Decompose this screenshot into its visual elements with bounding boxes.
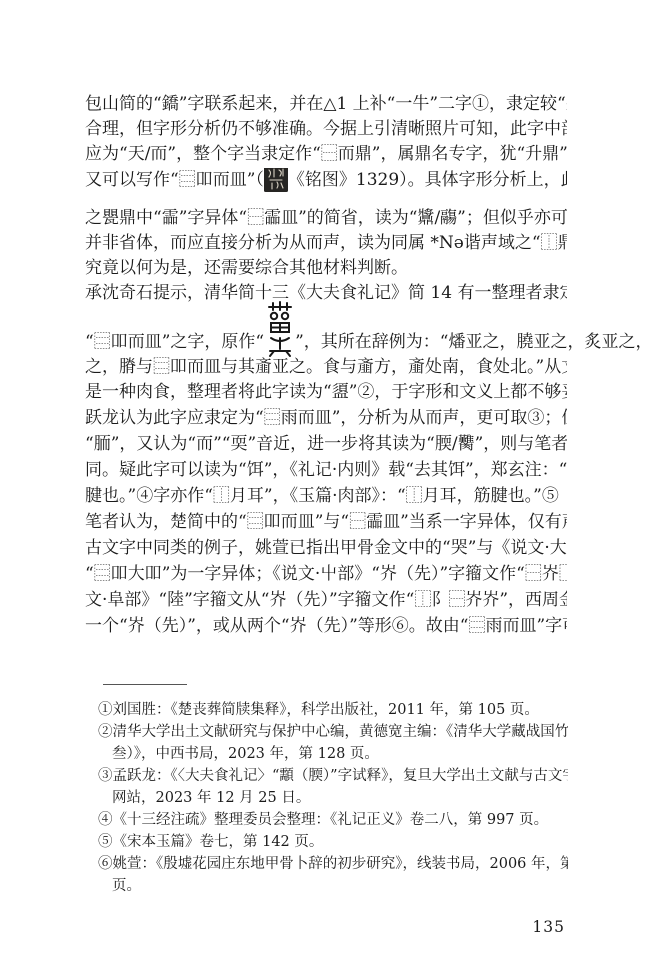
body-line: 究竟以何为是，还需要综合其他材料判断。 <box>85 256 567 281</box>
body-line: 腱也。”④字亦作“⿰月耳”，《玉篇·肉部》：“⿰月耳，筋腱也。”⑤ <box>85 484 567 509</box>
body-line: “胹”，又认为“而”“耎”音近，进一步将其读为“腝/臡”，则与笔者看法不 <box>85 432 567 457</box>
body-line: 之，膌与⿳吅而皿与其齑亚之。食与齑方，齑处南，食处北。”从文义上看“⿳吅而皿”应 <box>85 355 567 380</box>
body-line: 应为“天/而”，整个字当隶定作“⿱而鼎”，属鼎名专字，犹“升鼎”之专字“⿰升鼎” <box>85 142 567 167</box>
body-line-text: 《铭图》1329）。具体字形分析上，此字可以视为竞 <box>288 170 567 190</box>
footnote-line: ②清华大学出土文献研究与保护中心编，黄德宽主编：《清华大学藏战国竹简（拾 <box>98 722 568 743</box>
body-line: 包山简的“鐈”字联系起来，并在△1 上补“一牛”二字①，隶定较“盇”更 <box>85 92 567 117</box>
footnote-line: ⑤《宋本玉篇》卷七，第 142 页。 <box>98 832 568 853</box>
body-line: 承沈奇石提示，清华简十三《大夫食礼记》简 14 有一整理者隶定为 <box>85 281 567 306</box>
manuscript-character-glyph-image <box>264 332 295 354</box>
footnote-line: 叁）》，中西书局，2023 年，第 128 页。 <box>112 744 568 765</box>
footnote-line: 网站，2023 年 12 月 25 日。 <box>112 788 568 809</box>
body-line: 一个“岕（先）”，或从两个“岕（先）”等形⑥。故由“⿳雨而皿”字可以推知，望山 <box>85 614 567 639</box>
body-line: “⿳吅而皿”之字，原作“”，其所在辞例为：“燔亚之，膮亚之，炙亚之，熬亚 <box>85 330 567 355</box>
footnote-line: 页。 <box>112 876 568 897</box>
document-page: 包山简的“鐈”字联系起来，并在△1 上补“一牛”二字①，隶定较“盇”更 合理，但… <box>0 0 650 973</box>
body-line: “⿳吅大吅”为一字异体；《说文·屮部》“岕（先）”字籀文作“⿱岕⿰岕岕”，“从三… <box>85 562 567 587</box>
body-line-text: 又可以写作“⿳吅而皿”（ <box>85 170 264 190</box>
bronze-inscription-glyph-image <box>264 169 288 189</box>
body-line: 之甖鼎中“霝”字异体“⿱霝皿”的简省，读为“䵼/鬺”；但似乎亦可以认为此字 <box>85 206 567 231</box>
body-line: 跃龙认为此字应隶定为“⿳雨而皿”，分析为从而声，更可取③；但他将其释为 <box>85 406 567 431</box>
body-line: 笔者认为，楚简中的“⿳吅而皿”与“⿱霝皿”当系一字异体，仅有声符繁简之别。 <box>85 510 567 535</box>
body-line: 是一种肉食，整理者将此字读为“盨”②，于字形和文义上都不够妥帖。孟 <box>85 380 567 405</box>
body-line: 文·阜部》“陸”字籀文从“岕（先）”字籀文作“⿰阝⿱岕岕”，西周金文又写作或从 <box>85 588 567 613</box>
footnote-line: ④《十三经注疏》整理委员会整理：《礼记正义》卷二八，第 997 页。 <box>98 810 568 831</box>
body-line-text: “⿳吅而皿”之字，原作“ <box>85 332 264 352</box>
body-line: 合理，但字形分析仍不够准确。今据上引清晰照片可知，此字中部所从确 <box>85 117 567 142</box>
body-line: 又可以写作“⿳吅而皿”（《铭图》1329）。具体字形分析上，此字可以视为竞 <box>85 168 567 193</box>
body-line: 同。疑此字可以读为“饵”，《礼记·内则》载“去其饵”，郑玄注：“饵，筋 <box>85 458 567 483</box>
page-number: 135 <box>465 918 565 936</box>
footnote-divider <box>103 684 187 685</box>
body-line: 并非省体，而应直接分析为从而声，读为同属 *Nə谐声域之“⿰鼎而”。二说 <box>85 231 567 256</box>
footnote-line: ⑥姚萱：《殷墟花园庄东地甲骨卜辞的初步研究》，线装书局，2006 年，第 146… <box>98 854 568 875</box>
footnote-line: ①刘国胜：《楚丧葬简牍集释》，科学出版社，2011 年，第 105 页。 <box>98 700 568 721</box>
body-line-text: ”，其所在辞例为：“燔亚之，膮亚之，炙亚之，熬亚 <box>295 332 650 352</box>
footnote-line: ③孟跃龙：《〈大夫食礼记〉“顬（腝）”字试释》，复旦大学出土文献与古文字研究中心 <box>98 766 568 787</box>
body-line: 古文字中同类的例子，姚萱已指出甲骨金文中的“哭”与《说文·大部》中的 <box>85 536 567 561</box>
